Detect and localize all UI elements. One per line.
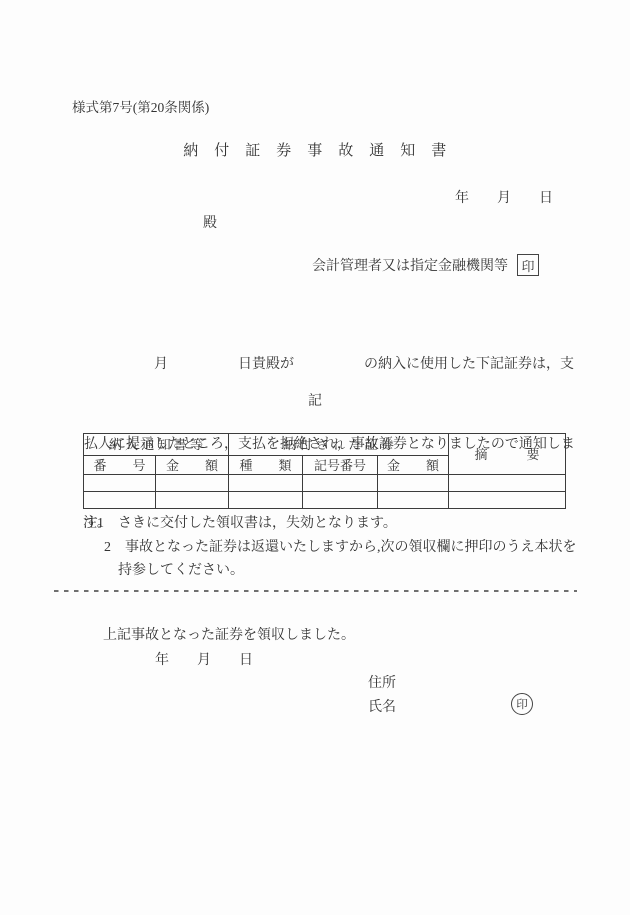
seal-glyph: 印 — [521, 256, 534, 275]
cut-dashed-divider — [54, 590, 577, 592]
receipt-statement: 上記事故となった証券を領収しました。 — [103, 624, 355, 644]
receipt-date-line: 年 月 日 — [155, 649, 253, 669]
cell-type — [229, 492, 303, 509]
recipient-seal-circle: 印 — [511, 693, 533, 715]
securities-table: 納 入 通 知 書 等 納 付 さ れ た 証 券 摘 要 番 号 金 額 種 … — [83, 433, 566, 509]
note-2-line-1: 2 事故となった証券は返還いたしますから,次の領収欄に押印のうえ本状を — [104, 536, 577, 556]
issuer-line: 会計管理者又は指定金融機関等 印 — [312, 254, 539, 276]
issuer-label: 会計管理者又は指定金融機関等 — [312, 255, 508, 275]
record-marker: 記 — [0, 390, 630, 410]
header-date-line: 年 月 日 — [455, 187, 553, 207]
col-header-amount-notice: 金 額 — [156, 456, 229, 475]
issuer-seal-box: 印 — [517, 254, 539, 276]
cell-amount-security — [378, 492, 449, 509]
table-row — [84, 492, 566, 509]
cell-remarks — [449, 492, 566, 509]
form-number: 様式第7号(第20条関係) — [72, 96, 209, 116]
seal-glyph: 印 — [516, 696, 528, 712]
group-header-remarks: 摘 要 — [449, 434, 566, 475]
table-row — [84, 475, 566, 492]
cell-remarks — [449, 475, 566, 492]
notification-form-page: 様式第7号(第20条関係) 納 付 証 券 事 故 通 知 書 年 月 日 殿 … — [0, 0, 630, 915]
col-header-amount-security: 金 額 — [378, 456, 449, 475]
cell-number — [84, 492, 156, 509]
name-label: 氏名 — [368, 696, 396, 716]
group-header-securities: 納 付 さ れ た 証 券 — [229, 434, 449, 456]
cell-amount-notice — [156, 475, 229, 492]
col-header-type: 種 類 — [229, 456, 303, 475]
col-header-number: 番 号 — [84, 456, 156, 475]
group-header-notice: 納 入 通 知 書 等 — [84, 434, 229, 456]
note-2-line-2: 持参してください。 — [118, 559, 244, 579]
col-header-symbol-number: 記号番号 — [303, 456, 378, 475]
address-label: 住所 — [368, 672, 396, 692]
cell-symbol-number — [303, 492, 378, 509]
note-1: 注1 さきに交付した領収書は，失効となります。 — [83, 512, 397, 532]
cell-amount-security — [378, 475, 449, 492]
cell-symbol-number — [303, 475, 378, 492]
addressee-suffix: 殿 — [203, 212, 217, 232]
paragraph-line-1: 月 日貴殿が の納入に使用した下記証券は，支 — [84, 352, 584, 379]
cell-number — [84, 475, 156, 492]
cell-type — [229, 475, 303, 492]
cell-amount-notice — [156, 492, 229, 509]
page-title: 納 付 証 券 事 故 通 知 書 — [0, 139, 630, 160]
